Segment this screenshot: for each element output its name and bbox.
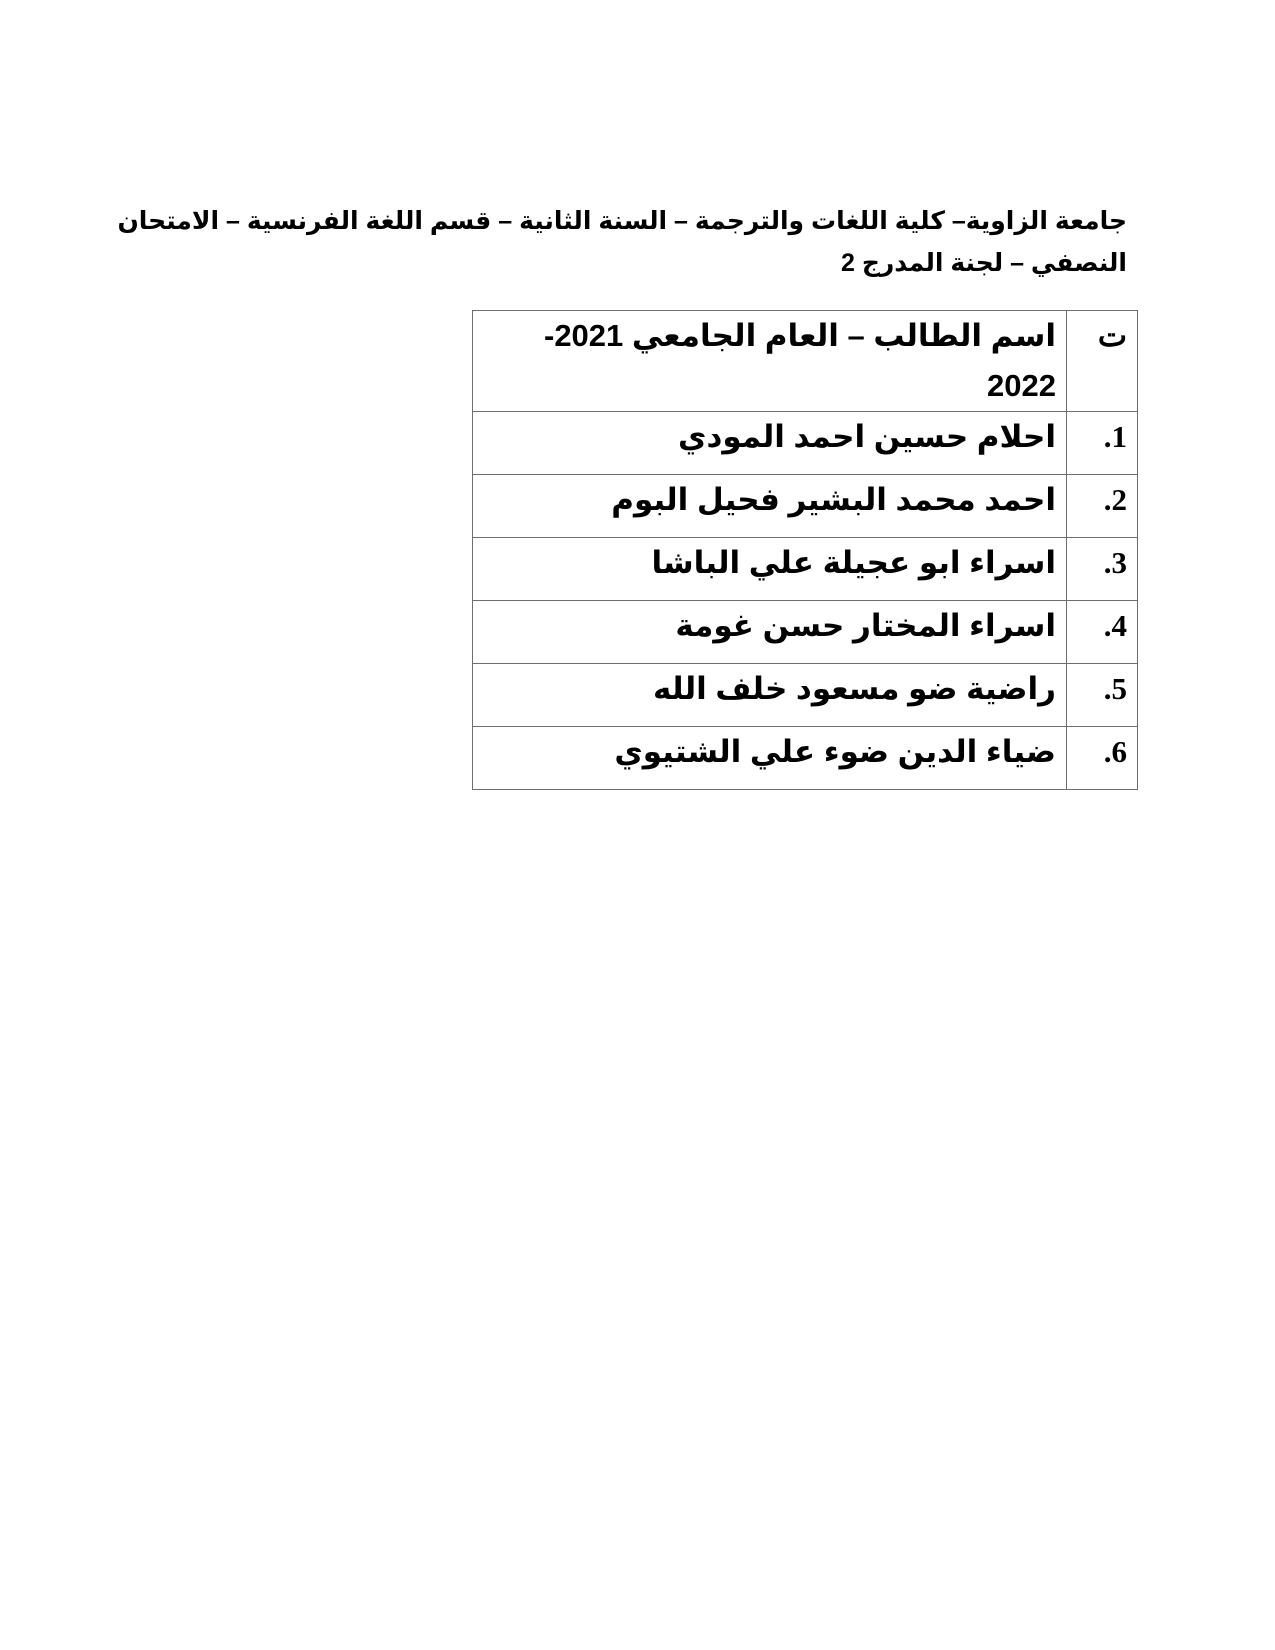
document-page: جامعة الزاوية– كلية اللغات والترجمة – ال… — [0, 0, 1275, 1650]
row-number: 4. — [1067, 601, 1138, 664]
student-name: اسراء المختار حسن غومة — [473, 601, 1067, 664]
row-number: 2. — [1067, 475, 1138, 538]
student-roster-table: ت اسم الطالب – العام الجامعي 2021-2022 1… — [472, 310, 1138, 790]
student-name: ضياء الدين ضوء علي الشتيوي — [473, 727, 1067, 790]
table-row: 2. احمد محمد البشير فحيل البوم — [473, 475, 1138, 538]
title-line-1: جامعة الزاوية– كلية اللغات والترجمة – ال… — [205, 200, 1127, 242]
table-row: 4. اسراء المختار حسن غومة — [473, 601, 1138, 664]
student-name: راضية ضو مسعود خلف الله — [473, 664, 1067, 727]
row-number: 1. — [1067, 412, 1138, 475]
row-number: 3. — [1067, 538, 1138, 601]
student-name: احلام حسين احمد المودي — [473, 412, 1067, 475]
table-row: 1. احلام حسين احمد المودي — [473, 412, 1138, 475]
document-title: جامعة الزاوية– كلية اللغات والترجمة – ال… — [205, 200, 1127, 284]
table-row: 5. راضية ضو مسعود خلف الله — [473, 664, 1138, 727]
row-number: 5. — [1067, 664, 1138, 727]
table-header-row: ت اسم الطالب – العام الجامعي 2021-2022 — [473, 311, 1138, 412]
student-name: احمد محمد البشير فحيل البوم — [473, 475, 1067, 538]
header-student-name: اسم الطالب – العام الجامعي 2021-2022 — [473, 311, 1067, 412]
header-number: ت — [1067, 311, 1138, 412]
table-row: 3. اسراء ابو عجيلة علي الباشا — [473, 538, 1138, 601]
table-row: 6. ضياء الدين ضوء علي الشتيوي — [473, 727, 1138, 790]
title-line-2: النصفي – لجنة المدرج 2 — [205, 242, 1127, 284]
row-number: 6. — [1067, 727, 1138, 790]
student-name: اسراء ابو عجيلة علي الباشا — [473, 538, 1067, 601]
